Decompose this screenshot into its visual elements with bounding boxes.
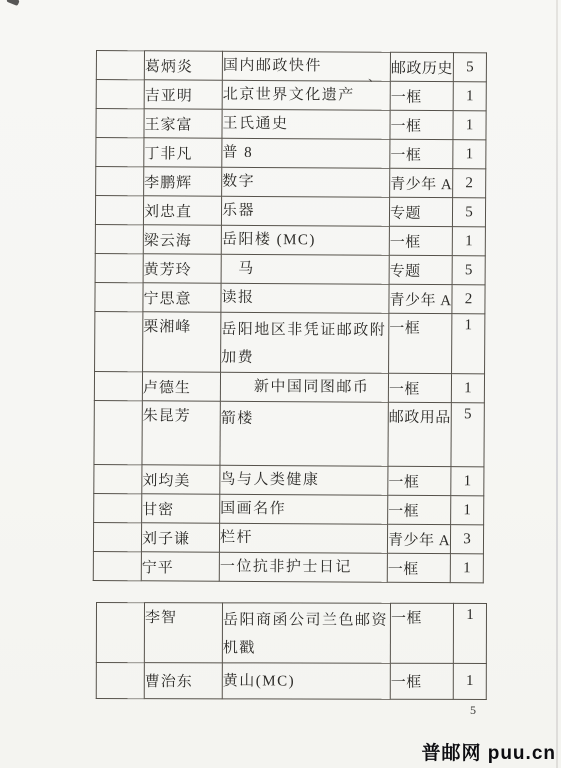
category-cell: 邮政用品 [388,402,451,466]
table-row: 甘密 国画名作 一框 1 [94,493,484,524]
blank-cell [94,371,142,400]
stray-pen-mark: 、 [368,66,381,85]
frame-count-cell: 1 [451,467,484,496]
exhibitor-name-cell: 曹治东 [144,663,222,699]
exhibit-title-cell: 乐器 [221,196,389,226]
exhibit-title-cell: 箭楼 [220,401,388,466]
blank-cell [94,464,142,493]
frame-count-cell: 3 [450,525,483,554]
frame-count-cell: 1 [453,140,486,169]
category-cell: 一框 [389,226,452,255]
table-row: 王家富 王氏通史 一框 1 [96,109,486,140]
exhibit-title-cell: 国画名作 [220,494,388,524]
exhibit-title-cell: 普 8 [222,138,390,168]
exhibit-title-cell: 国内邮政快件 [222,51,390,81]
frame-count-cell: 2 [453,169,486,198]
exhibitor-name-cell: 李鹏辉 [144,167,222,196]
table-row: 梁云海 岳阳楼 (MC) 一框 1 [95,224,485,255]
exhibit-title-cell: 王氏通史 [222,109,390,139]
category-cell: 邮政历史 [390,52,453,81]
scan-edge-line [556,0,558,768]
page-number: 5 [470,703,476,718]
frame-count-cell: 1 [453,111,486,140]
table-row: 黄芳玲 马 专题 5 [95,253,485,284]
scan-corner-smudge [6,0,19,6]
exhibitor-name-cell: 卢德生 [142,372,220,401]
table-row: 刘忠直 乐器 专题 5 [95,196,485,227]
frame-count-cell: 1 [453,603,486,663]
table-row: 曹治东 黄山(MC) 一框 1 [96,663,486,700]
table-row: 李智 岳阳商函公司兰色邮资机戳 一框 1 [96,603,486,664]
table-row: 李鹏辉 数字 青少年 A 2 [96,167,486,198]
exhibitor-name-cell: 葛炳炎 [144,51,222,80]
frame-count-cell: 2 [452,285,485,314]
frame-count-cell: 5 [451,403,484,467]
blank-cell [96,138,144,167]
exhibit-title-cell: 马 [221,254,389,284]
exhibitor-name-cell: 吉亚明 [144,80,222,109]
exhibit-title-cell: 北京世界文化遗产 [222,80,390,110]
table-row: 刘均美 鸟与人类健康 一框 1 [94,464,484,495]
table-row: 葛炳炎 国内邮政快件 邮政历史 5 [96,51,486,82]
category-cell: 一框 [390,663,453,699]
exhibit-title-cell: 数字 [222,167,390,197]
exhibit-title-cell: 鸟与人类健康 [220,465,388,495]
exhibit-table-1: 葛炳炎 国内邮政快件 邮政历史 5 吉亚明 北京世界文化遗产 一框 1 王家富 … [93,50,487,583]
frame-count-cell: 1 [452,227,485,256]
blank-cell [96,663,144,699]
exhibit-title-cell: 黄山(MC) [222,663,390,699]
exhibitor-name-cell: 刘忠直 [143,196,221,225]
exhibitor-name-cell: 黄芳玲 [143,254,221,283]
exhibit-title-cell: 岳阳楼 (MC) [221,225,389,255]
table-row: 吉亚明 北京世界文化遗产 一框 1 [96,80,486,111]
exhibitor-name-cell: 梁云海 [143,225,221,254]
frame-count-cell: 5 [453,53,486,82]
table-row: 丁非凡 普 8 一框 1 [96,138,486,169]
exhibitor-name-cell: 宁平 [141,552,219,581]
table-row: 朱昆芳 箭楼 邮政用品 5 [94,400,484,466]
category-cell: 一框 [390,603,453,663]
exhibitor-name-cell: 丁非凡 [144,138,222,167]
category-cell: 一框 [389,313,452,373]
exhibitor-name-cell: 刘子谦 [141,523,219,552]
blank-cell [95,196,143,225]
exhibit-table-2: 李智 岳阳商函公司兰色邮资机戳 一框 1 曹治东 黄山(MC) 一框 1 [96,602,487,700]
frame-count-cell: 1 [451,374,484,403]
blank-cell [95,311,143,371]
blank-cell [93,522,141,551]
table-row: 刘子谦 栏杆 青少年 A 3 [93,522,483,553]
table-row: 宁平 一位抗非护士日记 一框 1 [93,551,483,582]
category-cell: 一框 [388,495,451,524]
exhibitor-name-cell: 刘均美 [142,465,220,494]
blank-cell [94,493,142,522]
exhibit-title-cell: 岳阳商函公司兰色邮资机戳 [222,603,390,663]
frame-count-cell: 1 [451,496,484,525]
frame-count-cell: 1 [453,663,486,699]
frame-count-cell: 1 [453,82,486,111]
exhibitor-name-cell: 宁思意 [143,283,221,312]
category-cell: 青少年 A [387,524,450,553]
blank-cell [94,400,142,464]
frame-count-cell: 1 [452,314,485,374]
frame-count-cell: 5 [452,198,485,227]
category-cell: 一框 [388,466,451,495]
blank-cell [96,109,144,138]
category-cell: 专题 [389,197,452,226]
blank-cell [95,224,143,253]
exhibit-title-cell: 一位抗非护士日记 [219,552,387,582]
table-row: 宁思意 读报 青少年 A 2 [95,282,485,313]
exhibitor-name-cell: 李智 [144,603,222,663]
category-cell: 一框 [390,139,453,168]
exhibitor-name-cell: 甘密 [142,494,220,523]
category-cell: 一框 [388,373,451,402]
table-row: 卢德生 新中国同图邮币 一框 1 [94,371,484,402]
category-cell: 青少年 A [390,168,453,197]
exhibit-title-cell: 岳阳地区非凭证邮政附加费 [221,312,389,373]
blank-cell [95,253,143,282]
blank-cell [93,551,141,580]
category-cell: 一框 [390,81,453,110]
table-row: 栗湘峰 岳阳地区非凭证邮政附加费 一框 1 [95,311,485,373]
category-cell: 一框 [390,110,453,139]
exhibitor-name-cell: 朱昆芳 [142,401,220,465]
watermark: 普邮网 puu.cn [421,738,556,765]
scanned-document-page: 葛炳炎 国内邮政快件 邮政历史 5 吉亚明 北京世界文化遗产 一框 1 王家富 … [0,0,561,768]
blank-cell [96,167,144,196]
category-cell: 专题 [389,255,452,284]
category-cell: 青少年 A [389,284,452,313]
blank-cell [96,80,144,109]
frame-count-cell: 5 [452,256,485,285]
blank-cell [95,282,143,311]
exhibit-title-cell: 新中国同图邮币 [220,372,388,402]
exhibit-title-cell: 栏杆 [219,523,387,553]
exhibit-title-cell: 读报 [221,283,389,313]
exhibitor-name-cell: 王家富 [144,109,222,138]
category-cell: 一框 [387,553,450,582]
blank-cell [96,603,144,663]
exhibitor-name-cell: 栗湘峰 [143,312,221,372]
blank-cell [96,51,144,80]
frame-count-cell: 1 [450,554,483,583]
